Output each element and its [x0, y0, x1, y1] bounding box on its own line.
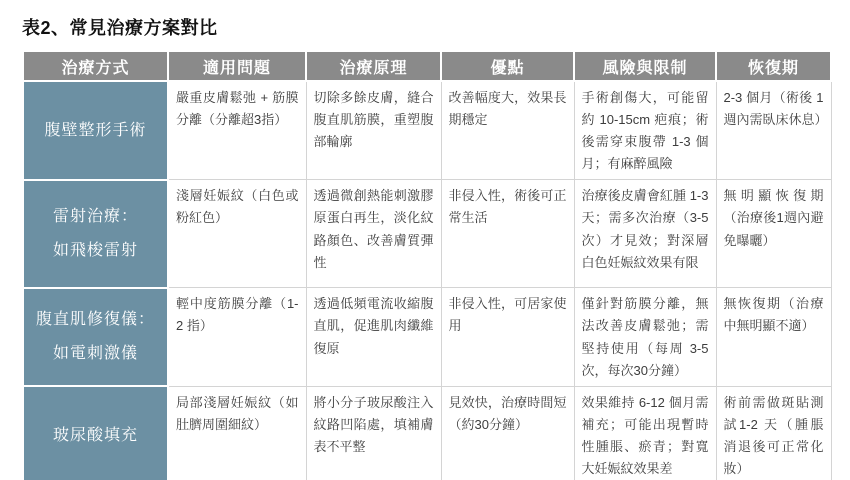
method-line: 雷射治療： [26, 200, 165, 234]
risk-cell: 僅針對筋膜分離，無法改善皮膚鬆弛；需堅持使用（每周 3-5 次，每次30分鐘） [574, 288, 716, 386]
header-row: 治療方式 適用問題 治療原理 優點 風險與限制 恢復期 [23, 51, 831, 81]
col-header-principle: 治療原理 [306, 51, 441, 81]
principle-cell: 切除多餘皮膚，縫合腹直肌筋膜，重塑腹部輪廓 [306, 81, 441, 180]
principle-cell: 透過低頻電流收縮腹直肌，促進肌肉纖維復原 [306, 288, 441, 386]
table-row-hyaluronic-filler: 玻尿酸填充 局部淺層妊娠紋（如肚臍周圍細紋） 將小分子玻尿酸注入紋路凹陷處，填補… [23, 386, 831, 480]
method-line: 玻尿酸填充 [26, 419, 165, 453]
col-header-problem: 適用問題 [168, 51, 306, 81]
risk-cell: 治療後皮膚會紅腫 1-3 天；需多次治療（3-5 次）才見效；對深層白色妊娠紋效… [574, 180, 716, 288]
method-line: 腹壁整形手術 [26, 114, 165, 148]
col-header-recovery: 恢復期 [716, 51, 831, 81]
method-line: 如電刺激儀 [26, 337, 165, 371]
page: 表2、常見治療方案對比 治療方式 適用問題 治療原理 優點 風險與限制 恢復期 … [0, 0, 850, 480]
col-header-risk: 風險與限制 [574, 51, 716, 81]
method-line: 腹直肌修復儀： [26, 303, 165, 337]
principle-cell: 將小分子玻尿酸注入紋路凹陷處，填補膚表不平整 [306, 386, 441, 480]
col-header-method: 治療方式 [23, 51, 168, 81]
method-cell: 雷射治療： 如飛梭雷射 [23, 180, 168, 288]
problem-cell: 嚴重皮膚鬆弛 + 筋膜分離（分離超3指） [168, 81, 306, 180]
table-row-abdominoplasty: 腹壁整形手術 嚴重皮膚鬆弛 + 筋膜分離（分離超3指） 切除多餘皮膚，縫合腹直肌… [23, 81, 831, 180]
table-row-laser: 雷射治療： 如飛梭雷射 淺層妊娠紋（白色或粉紅色） 透過微創熱能刺激膠原蛋白再生… [23, 180, 831, 288]
advantage-cell: 非侵入性，術後可正常生活 [441, 180, 574, 288]
recovery-cell: 無恢復期（治療中無明顯不適） [716, 288, 831, 386]
method-cell: 玻尿酸填充 [23, 386, 168, 480]
problem-cell: 局部淺層妊娠紋（如肚臍周圍細紋） [168, 386, 306, 480]
table-row-ems-device: 腹直肌修復儀： 如電刺激儀 輕中度筋膜分離（1-2 指） 透過低頻電流收縮腹直肌… [23, 288, 831, 386]
problem-cell: 淺層妊娠紋（白色或粉紅色） [168, 180, 306, 288]
advantage-cell: 非侵入性，可居家使用 [441, 288, 574, 386]
col-header-advantage: 優點 [441, 51, 574, 81]
treatment-comparison-table: 治療方式 適用問題 治療原理 優點 風險與限制 恢復期 腹壁整形手術 嚴重皮膚鬆… [22, 50, 832, 480]
recovery-cell: 術前需做斑貼測試1-2 天（腫脹消退後可正常化妝） [716, 386, 831, 480]
method-line: 如飛梭雷射 [26, 234, 165, 268]
recovery-cell: 2-3 個月（術後 1 週內需臥床休息） [716, 81, 831, 180]
recovery-cell: 無明顯恢復期（治療後1週內避免曝曬） [716, 180, 831, 288]
risk-cell: 效果維持 6-12 個月需補充；可能出現暫時性腫脹、瘀青；對寬大妊娠紋效果差 [574, 386, 716, 480]
method-cell: 腹直肌修復儀： 如電刺激儀 [23, 288, 168, 386]
risk-cell: 手術創傷大，可能留約 10-15cm 疤痕；術後需穿束腹帶 1-3 個月；有麻醉… [574, 81, 716, 180]
method-cell: 腹壁整形手術 [23, 81, 168, 180]
problem-cell: 輕中度筋膜分離（1-2 指） [168, 288, 306, 386]
advantage-cell: 改善幅度大，效果長期穩定 [441, 81, 574, 180]
advantage-cell: 見效快，治療時間短（約30分鐘） [441, 386, 574, 480]
page-title: 表2、常見治療方案對比 [22, 14, 830, 40]
principle-cell: 透過微創熱能刺激膠原蛋白再生，淡化紋路顏色、改善膚質彈性 [306, 180, 441, 288]
